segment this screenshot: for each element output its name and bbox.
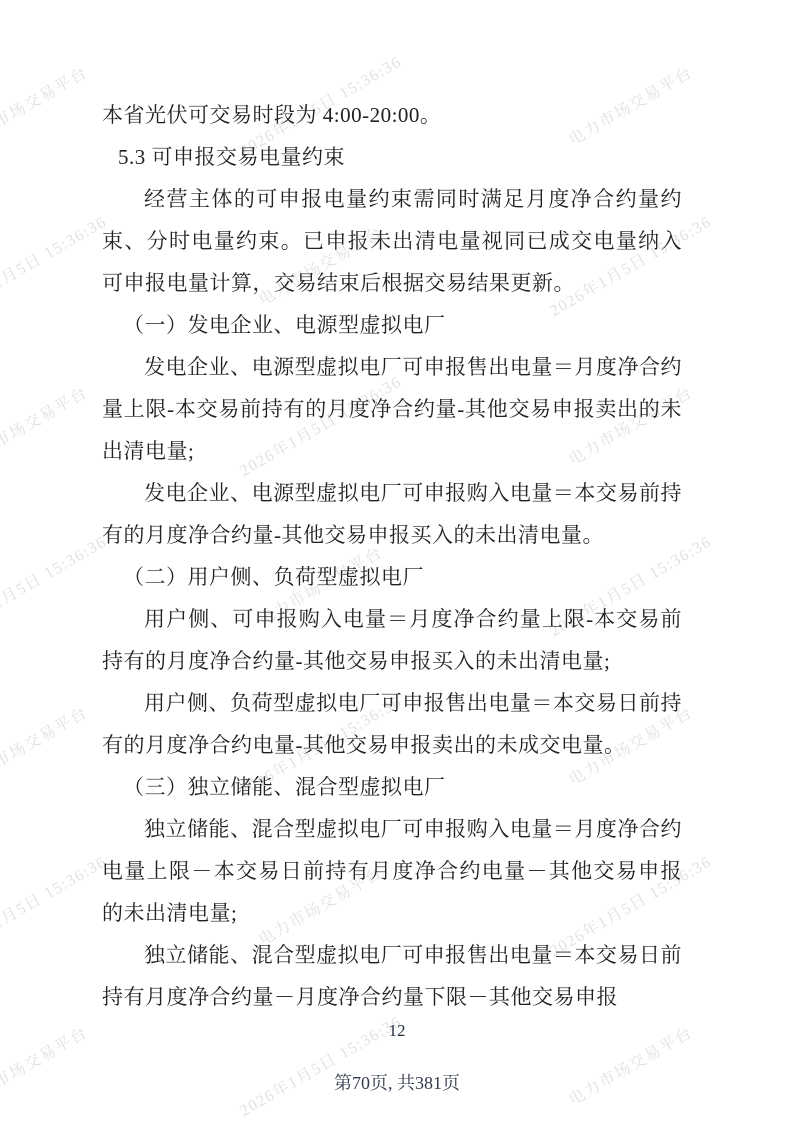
watermark-timestamp: 2026年1月5日 15:36:36: [0, 209, 110, 321]
document-body: 本省光伏可交易时段为 4:00-20:00。5.3 可申报交易电量约束经营主体的…: [102, 94, 682, 1018]
paragraph: 用户侧、负荷型虚拟电厂可申报售出电量＝本交易日前持有的月度净合约电量-其他交易申…: [102, 682, 682, 766]
paragraph: 独立储能、混合型虚拟电厂可申报购入电量＝月度净合约电量上限－本交易日前持有月度净…: [102, 808, 682, 934]
watermark-platform: 电力市场交易平台: [0, 380, 91, 470]
paragraph: 用户侧、可申报购入电量＝月度净合约量上限-本交易前持有的月度净合约量-其他交易申…: [102, 598, 682, 682]
subsection-heading: （二）用户侧、负荷型虚拟电厂: [102, 556, 682, 598]
page-info-stamp: 第70页, 共381页: [0, 1071, 794, 1095]
watermark-timestamp: 2026年1月5日 15:36:36: [0, 529, 110, 641]
paragraph: 发电企业、电源型虚拟电厂可申报售出电量＝月度净合约量上限-本交易前持有的月度净合…: [102, 346, 682, 472]
paragraph: 本省光伏可交易时段为 4:00-20:00。: [102, 94, 682, 136]
subsection-heading: （一）发电企业、电源型虚拟电厂: [102, 304, 682, 346]
paragraph: 发电企业、电源型虚拟电厂可申报购入电量＝本交易前持有的月度净合约量-其他交易申报…: [102, 472, 682, 556]
watermark-platform: 电力市场交易平台: [0, 700, 91, 790]
paragraph: 独立储能、混合型虚拟电厂可申报售出电量＝本交易日前持有月度净合约量－月度净合约量…: [102, 934, 682, 1018]
document-page: 电力市场交易平台2026年1月5日 15:36:36电力市场交易平台2026年1…: [0, 0, 794, 1123]
subsection-heading: （三）独立储能、混合型虚拟电厂: [102, 766, 682, 808]
watermark-platform: 电力市场交易平台: [0, 60, 91, 150]
paragraph: 经营主体的可申报电量约束需同时满足月度净合约量约束、分时电量约束。已申报未出清电…: [102, 178, 682, 304]
watermark-timestamp: 2026年1月5日 15:36:36: [0, 849, 110, 961]
page-number: 12: [0, 1020, 794, 1042]
section-heading: 5.3 可申报交易电量约束: [102, 136, 682, 178]
